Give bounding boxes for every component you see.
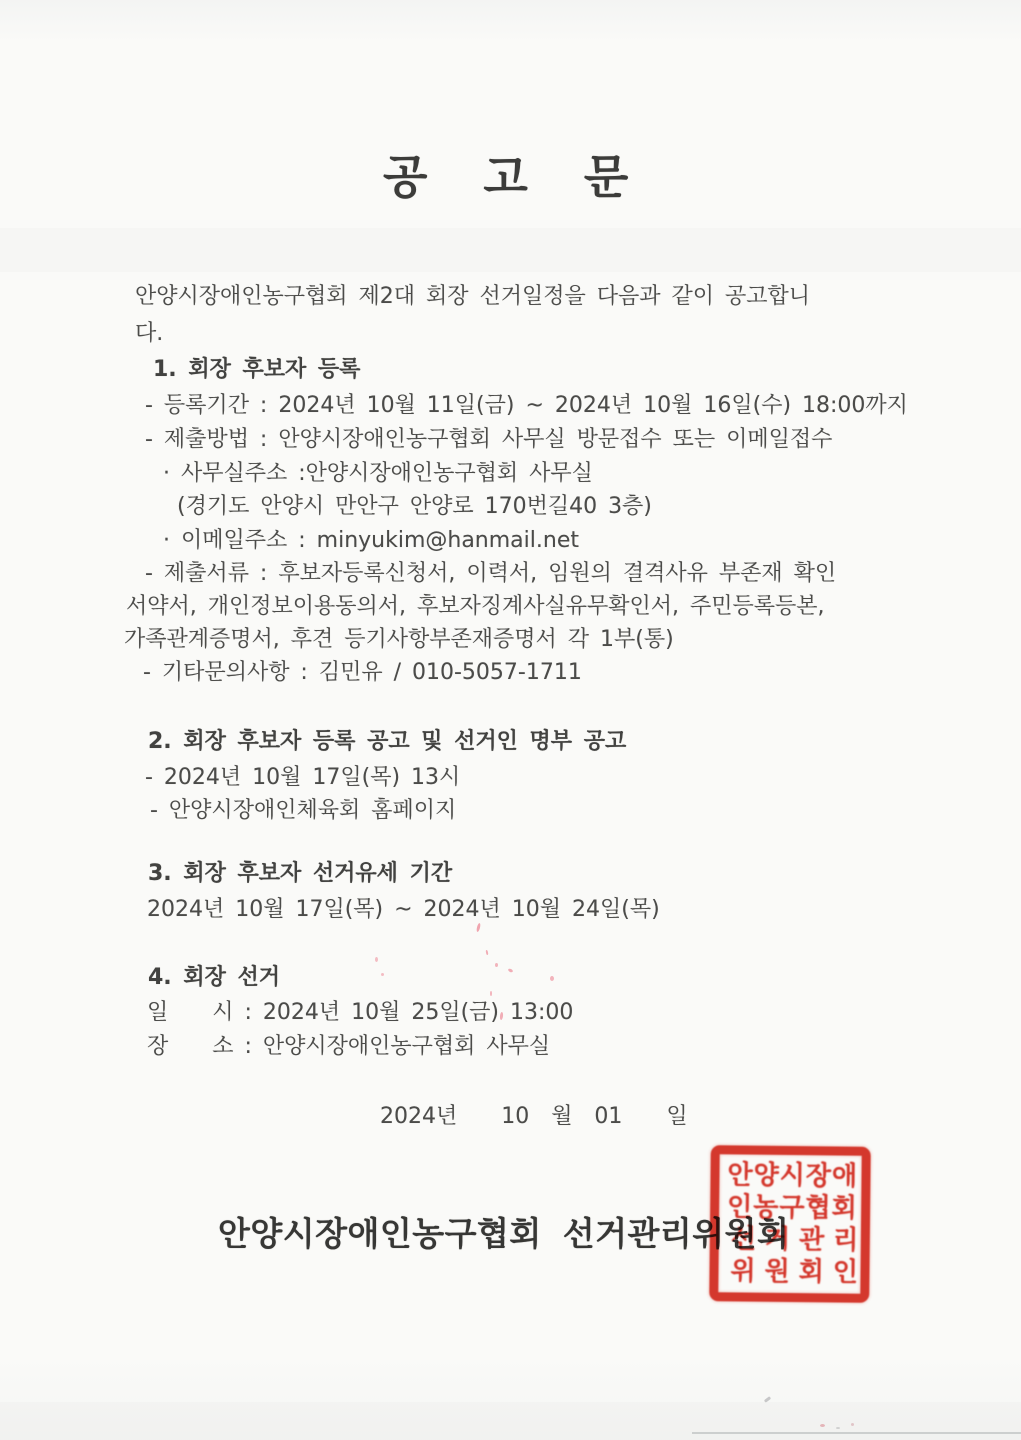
section-1-office-address: · 사무실주소 :안양시장애인농구협회 사무실 — [163, 460, 593, 488]
section-3-heading: 3. 회장 후보자 선거유세 기간 — [148, 860, 452, 888]
stamp-row-3: 선거관리 — [726, 1226, 854, 1253]
scan-mark — [836, 1427, 840, 1429]
ink-speck — [381, 973, 384, 976]
section-1-heading: 1. 회장 후보자 등록 — [153, 356, 360, 384]
section-4-heading: 4. 회장 선거 — [148, 964, 280, 992]
section-1-documents-continued-2: 가족관계증명서, 후견 등기사항부존재증명서 각 1부(통) — [124, 626, 674, 654]
section-4-datetime: 일 시 : 2024년 10월 25일(금) 13:00 — [147, 999, 573, 1027]
section-1-registration-period: - 등록기간 : 2024년 10월 11일(금) ~ 2024년 10월 16… — [145, 392, 908, 420]
document-title: 공고문 — [383, 150, 684, 205]
section-1-required-documents: - 제출서류 : 후보자등록신청서, 이력서, 임원의 결격사유 부존재 확인 — [145, 560, 836, 588]
section-1-contact-info: - 기타문의사항 : 김민유 / 010-5057-1711 — [143, 659, 582, 687]
intro-line-2: 다. — [135, 320, 163, 348]
ink-speck — [550, 976, 554, 981]
scan-edge-line — [692, 1432, 1021, 1434]
section-2-location: - 안양시장애인체육회 홈페이지 — [150, 797, 456, 825]
intro-line-1: 안양시장애인농구협회 제2대 회장 선거일정을 다음과 같이 공고합니 — [135, 283, 810, 311]
section-1-email-address: · 이메일주소 : minyukim@hanmail.net — [163, 527, 579, 555]
stamp-row-1: 안양시장애 — [726, 1162, 854, 1189]
ink-speck — [375, 957, 378, 962]
section-2-heading: 2. 회장 후보자 등록 공고 및 선거인 명부 공고 — [148, 728, 626, 756]
ink-speck — [495, 963, 498, 967]
section-1-submission-method: - 제출방법 : 안양시장애인농구협회 사무실 방문접수 또는 이메일접수 — [145, 426, 832, 454]
ink-speck — [486, 950, 489, 955]
scan-shade-band — [0, 228, 1021, 272]
red-seal-stamp: 안양시장애 인농구협회 선거관리 위원회인 — [709, 1145, 871, 1303]
stamp-row-2: 인농구협회 — [726, 1194, 854, 1221]
announcement-date: 2024년 10 월 01 일 — [380, 1103, 688, 1131]
section-2-date: - 2024년 10월 17일(목) 13시 — [145, 764, 460, 792]
scan-mark — [764, 1396, 771, 1403]
scan-shade-band — [0, 1402, 1021, 1440]
stamp-row-4: 위원회인 — [725, 1258, 853, 1285]
committee-signature: 안양시장애인농구협회 선거관리위원회 — [218, 1208, 789, 1255]
ink-speck — [508, 968, 514, 973]
scan-mark — [820, 1424, 825, 1427]
scan-mark — [851, 1423, 854, 1426]
ink-speck — [490, 991, 492, 996]
section-3-period: 2024년 10월 17일(목) ~ 2024년 10월 24일(목) — [147, 896, 660, 924]
section-1-address-detail: (경기도 안양시 만안구 안양로 170번길40 3층) — [177, 493, 652, 521]
section-1-documents-continued-1: 서약서, 개인정보이용동의서, 후보자징계사실유무확인서, 주민등록등본, — [126, 593, 825, 621]
announcement-document: 공고문 안양시장애인농구협회 제2대 회장 선거일정을 다음과 같이 공고합니 … — [0, 0, 1021, 1440]
ink-speck — [476, 923, 481, 932]
section-4-place: 장 소 : 안양시장애인농구협회 사무실 — [147, 1033, 550, 1061]
